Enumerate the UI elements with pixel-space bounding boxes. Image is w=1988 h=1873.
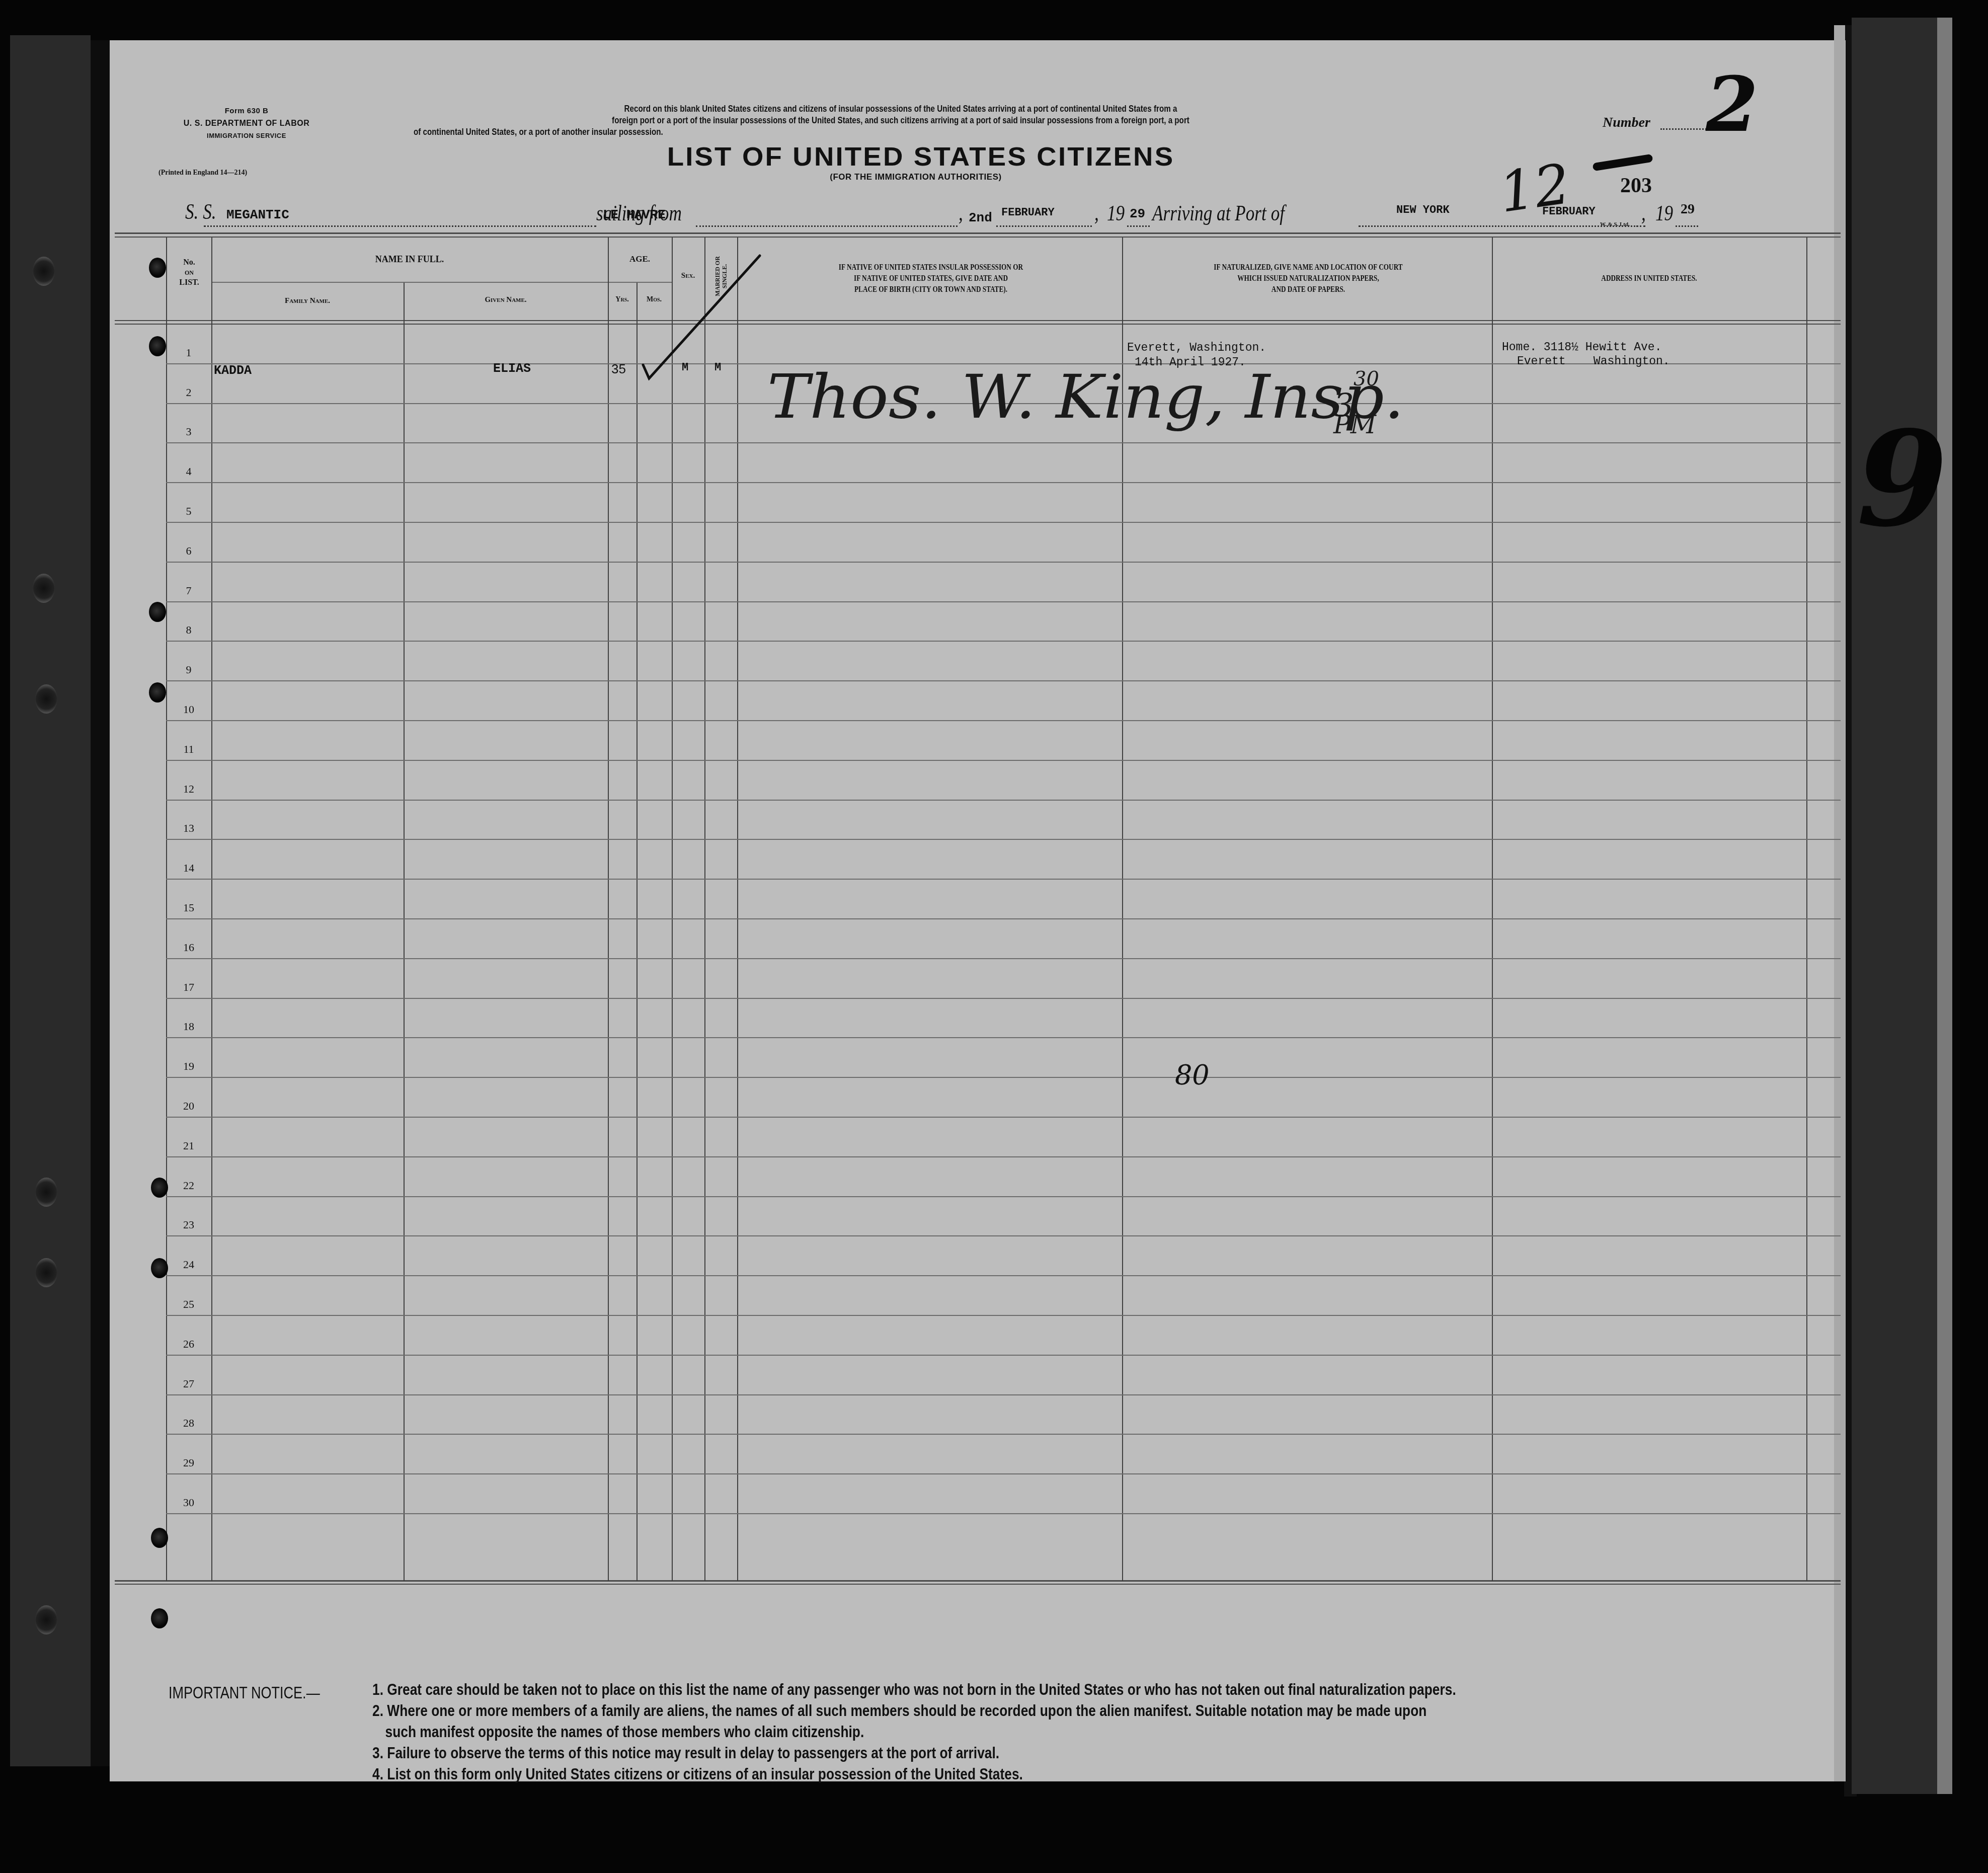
departure-month: FEBRUARY (1001, 206, 1055, 219)
row-line (166, 601, 1841, 602)
scan-binder-right (1852, 18, 1937, 1794)
departure-year: 29 (1130, 206, 1145, 221)
row-number: 12 (174, 783, 204, 796)
row-line (166, 958, 1841, 959)
notice-item-1: 1. Great care should be taken not to pla… (372, 1681, 1456, 1702)
number-label: Number (1603, 115, 1650, 131)
row-line (166, 800, 1841, 801)
year-prefix-2: 19 (1655, 200, 1673, 226)
row-line (166, 522, 1841, 523)
ss-label: S. S. (185, 199, 216, 224)
form-number: Form 630 B (181, 107, 312, 115)
col-line-naturalized-right (1492, 238, 1493, 1581)
ship-name-underline (204, 225, 596, 227)
row-number: 11 (174, 743, 204, 756)
row-number: 2 (174, 386, 204, 399)
punch-hole (149, 682, 166, 703)
row-number: 20 (174, 1100, 204, 1113)
arriving-label: Arriving at Port of (1152, 200, 1285, 226)
ship-name: MEGANTIC (226, 207, 289, 222)
row-number: 17 (174, 981, 204, 994)
punch-hole (149, 602, 166, 622)
comma-2: , (1094, 200, 1099, 226)
col-line-given-right (608, 238, 609, 1581)
punch-hole (149, 258, 166, 278)
table-bottom-border-2 (115, 1584, 1841, 1585)
year-prefix-1: 19 (1107, 200, 1125, 226)
col-line-married-right (737, 238, 738, 1581)
row-line (166, 482, 1841, 483)
record-line-1: Record on this blank United States citiz… (418, 103, 1384, 115)
table-top-border-2 (115, 237, 1841, 238)
row-number: 1 (174, 346, 204, 359)
printed-note: (Printed in England 14—214) (158, 169, 247, 177)
row-line (166, 998, 1841, 999)
printer-mark: W. & S. Ltd. (1600, 221, 1630, 227)
row-line (166, 1434, 1841, 1435)
row-line (166, 879, 1841, 880)
binder-hole (33, 257, 55, 286)
notice-item-4: 4. List on this form only United States … (372, 1765, 1456, 1786)
row-line (166, 1394, 1841, 1395)
row-1-age-yrs: 35 (611, 361, 626, 377)
header-native-birth: IF NATIVE OF UNITED STATES INSULAR POSSE… (743, 262, 1120, 295)
row-number: 24 (174, 1258, 204, 1271)
page-stamp: 203 (1620, 174, 1652, 198)
name-subheader-line (211, 282, 672, 283)
col-line-no-left (166, 238, 167, 1581)
row-number: 28 (174, 1417, 204, 1430)
row-number: 30 (174, 1496, 204, 1509)
row-line (166, 442, 1841, 443)
punch-hole (151, 1258, 168, 1278)
row-number: 4 (174, 465, 204, 478)
punch-hole (151, 1178, 168, 1198)
row-line (166, 680, 1841, 681)
time-period: PM (1333, 410, 1376, 439)
row-line (166, 1077, 1841, 1078)
row-number: 8 (174, 623, 204, 637)
departure-port: LE HAVRE (603, 207, 666, 222)
header-address: ADDRESS IN UNITED STATES. (1527, 273, 1772, 284)
header-yrs: Yrs. (608, 296, 637, 304)
arrival-month: FEBRUARY (1542, 205, 1596, 218)
service-label: IMMIGRATION SERVICE (181, 132, 312, 139)
row-line (166, 1196, 1841, 1197)
row-line (166, 1473, 1841, 1474)
row-line (166, 1355, 1841, 1356)
row-line (166, 1117, 1841, 1118)
col-line-native-right (1122, 238, 1123, 1581)
row-number: 29 (174, 1456, 204, 1469)
binder-hole (35, 684, 57, 714)
col-line-address-right (1806, 238, 1807, 1581)
notice-title: IMPORTANT NOTICE.— (169, 1683, 320, 1702)
binder-hole (35, 1258, 57, 1287)
col-line-yrs-right (637, 283, 638, 1581)
row-number: 9 (174, 663, 204, 676)
row-1-address-line1: Home. 3118½ Hewitt Ave. (1502, 341, 1661, 354)
table-bottom-border (115, 1580, 1841, 1582)
arrival-port: NEW YORK (1396, 204, 1450, 216)
row-number: 5 (174, 505, 204, 518)
row-number: 13 (174, 822, 204, 835)
row-number: 21 (174, 1139, 204, 1152)
record-line-3: of continental United States, or a port … (297, 126, 1263, 138)
row-number: 15 (174, 901, 204, 914)
row-line (166, 1315, 1841, 1316)
table-top-border (115, 232, 1841, 234)
header-bottom-border (115, 320, 1841, 321)
record-line-2: foreign port or a port of the insular po… (418, 115, 1384, 126)
header-name-in-full: NAME IN FULL. (211, 254, 608, 265)
row-1-family-name: KADDA (214, 363, 252, 378)
row-line (166, 562, 1841, 563)
departure-year-underline (1127, 225, 1150, 227)
punch-hole (149, 336, 166, 356)
number-value: 2 (1706, 60, 1758, 149)
arrival-year: 29 (1681, 201, 1695, 217)
binder-hole (35, 1178, 57, 1207)
header-no-on-list: No. ON LIST. (167, 258, 211, 288)
row-number: 10 (174, 703, 204, 716)
notice-item-2: 2. Where one or more members of a family… (372, 1702, 1456, 1723)
row-line (166, 1156, 1841, 1157)
row-line (166, 918, 1841, 919)
row-number: 26 (174, 1338, 204, 1351)
row-line (166, 720, 1841, 721)
row-number: 6 (174, 544, 204, 558)
binder-hole (33, 574, 55, 603)
punch-hole (151, 1608, 168, 1628)
row-line (166, 641, 1841, 642)
row-number: 16 (174, 941, 204, 954)
time-minutes: 30 (1354, 367, 1379, 391)
col-line-mos-right (672, 238, 673, 1581)
punch-hole (151, 1528, 168, 1548)
row-line (166, 760, 1841, 761)
row-line (166, 1513, 1841, 1514)
row-line (166, 1235, 1841, 1236)
col-line-sex-right (704, 238, 705, 1581)
row-number: 3 (174, 425, 204, 438)
scan-binder-gap (91, 40, 111, 1766)
col-line-no-right (211, 238, 212, 1581)
header-given-name: Given Name. (404, 296, 608, 304)
row-number: 27 (174, 1377, 204, 1390)
check-mark-icon (639, 252, 765, 382)
col-line-family-right (404, 283, 405, 1581)
header-naturalized: IF NATURALIZED, GIVE NAME AND LOCATION O… (1128, 262, 1489, 295)
page-title: LIST OF UNITED STATES CITIZENS (578, 142, 1264, 172)
row-number: 19 (174, 1060, 204, 1073)
page-edge (1834, 25, 1845, 1781)
notice-item-2-cont: such manifest opposite the names of thos… (372, 1723, 1456, 1744)
row-number: 14 (174, 862, 204, 875)
important-notice: 1. Great care should be taken not to pla… (372, 1681, 1647, 1786)
record-instructions: Record on this blank United States citiz… (297, 103, 1504, 138)
scan-binder-right-edge (1937, 18, 1952, 1794)
row-number: 23 (174, 1218, 204, 1231)
header-bottom-border-2 (115, 324, 1841, 325)
row-1-given-name: ELIAS (493, 361, 531, 376)
header-family-name: Family Name. (211, 297, 404, 305)
row-line (166, 839, 1841, 840)
scan-binder-left (10, 35, 91, 1766)
count-note: 80 (1175, 1059, 1210, 1091)
row-number: 22 (174, 1179, 204, 1192)
row-line (166, 1275, 1841, 1276)
comma-1: , (959, 200, 963, 226)
row-number: 25 (174, 1298, 204, 1311)
page-subtitle: (FOR THE IMMIGRATION AUTHORITIES) (755, 172, 1077, 182)
departure-month-underline (996, 225, 1092, 227)
notice-item-3: 3. Failure to observe the terms of this … (372, 1744, 1456, 1765)
row-number: 7 (174, 584, 204, 597)
inspector-signature: Thos. W. King, Insp. (767, 362, 1404, 432)
departure-port-underline (696, 225, 958, 227)
row-number: 18 (174, 1020, 204, 1033)
row-line (166, 1037, 1841, 1038)
binder-hole (35, 1605, 57, 1634)
row-1-naturalized-line1: Everett, Washington. (1127, 341, 1266, 354)
arrival-year-underline (1676, 225, 1698, 227)
margin-number: 9 (1857, 403, 1948, 556)
departure-day: 2nd (969, 210, 992, 225)
comma-3: , (1641, 200, 1646, 226)
row-1-address-line2: Everett Washington. (1517, 355, 1670, 368)
